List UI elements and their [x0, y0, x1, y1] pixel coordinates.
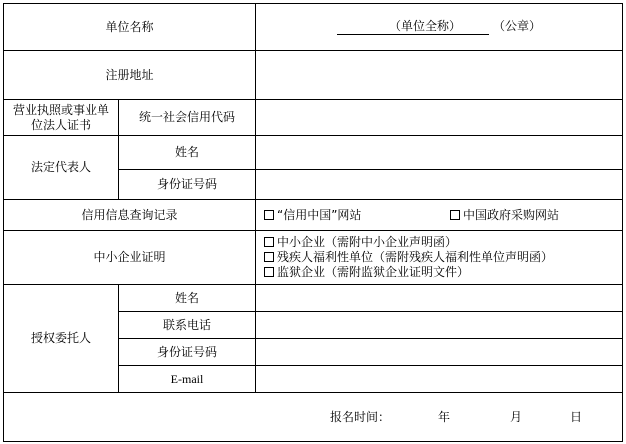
agent-label: 授权委托人 — [4, 285, 119, 393]
agent-id-label: 身份证号码 — [119, 339, 256, 366]
license-label: 营业执照或事业单位法人证书 — [4, 100, 119, 136]
sme-option[interactable]: 中小企业（需附中小企业声明函） — [264, 235, 622, 250]
ccgp-option[interactable]: 中国政府采购网站 — [450, 208, 559, 222]
sme-options: 中小企业（需附中小企业声明函） 残疾人福利性单位（需附残疾人福利性单位声明函） … — [256, 231, 623, 285]
day-label: 日 — [570, 410, 582, 425]
checkbox-icon[interactable] — [264, 267, 274, 277]
credit-code-field[interactable] — [256, 100, 623, 136]
disabled-welfare-option[interactable]: 残疾人福利性单位（需附残疾人福利性单位声明函） — [264, 250, 622, 265]
credit-china-option[interactable]: “信用中国”网站 — [264, 208, 450, 223]
signup-date-cell: 报名时间： 年 月 日 — [256, 393, 623, 442]
legal-rep-name-field[interactable] — [256, 136, 623, 170]
checkbox-icon[interactable] — [450, 210, 460, 220]
agent-phone-field[interactable] — [256, 312, 623, 339]
legal-rep-label: 法定代表人 — [4, 136, 119, 200]
agent-id-field[interactable] — [256, 339, 623, 366]
agent-name-label: 姓名 — [119, 285, 256, 312]
agent-email-field[interactable] — [256, 366, 623, 393]
registered-address-field[interactable] — [256, 51, 623, 100]
signup-spacer — [4, 393, 256, 442]
credit-code-label: 统一社会信用代码 — [119, 100, 256, 136]
prison-enterprise-option[interactable]: 监狱企业（需附监狱企业证明文件） — [264, 265, 622, 280]
legal-rep-name-label: 姓名 — [119, 136, 256, 170]
month-label: 月 — [510, 410, 522, 425]
checkbox-icon[interactable] — [264, 210, 274, 220]
legal-rep-id-field[interactable] — [256, 170, 623, 200]
registration-form-table: 单位名称 （单位全称）（公章） 注册地址 营业执照或事业单位法人证书 统一社会信… — [3, 3, 623, 442]
seal-label: （公章） — [493, 19, 541, 33]
agent-name-field[interactable] — [256, 285, 623, 312]
agent-phone-label: 联系电话 — [119, 312, 256, 339]
signup-time-label: 报名时间： — [330, 410, 390, 425]
checkbox-icon[interactable] — [264, 252, 274, 262]
unit-fullname-blank[interactable]: （单位全称） — [337, 19, 489, 35]
registered-address-label: 注册地址 — [4, 51, 256, 100]
year-label: 年 — [438, 410, 450, 425]
agent-email-label: E-mail — [119, 366, 256, 393]
checkbox-icon[interactable] — [264, 237, 274, 247]
legal-rep-id-label: 身份证号码 — [119, 170, 256, 200]
credit-check-options: “信用中国”网站中国政府采购网站 — [256, 200, 623, 231]
sme-label: 中小企业证明 — [4, 231, 256, 285]
unit-name-field[interactable]: （单位全称）（公章） — [256, 4, 623, 51]
credit-check-label: 信用信息查询记录 — [4, 200, 256, 231]
unit-name-label: 单位名称 — [4, 4, 256, 51]
